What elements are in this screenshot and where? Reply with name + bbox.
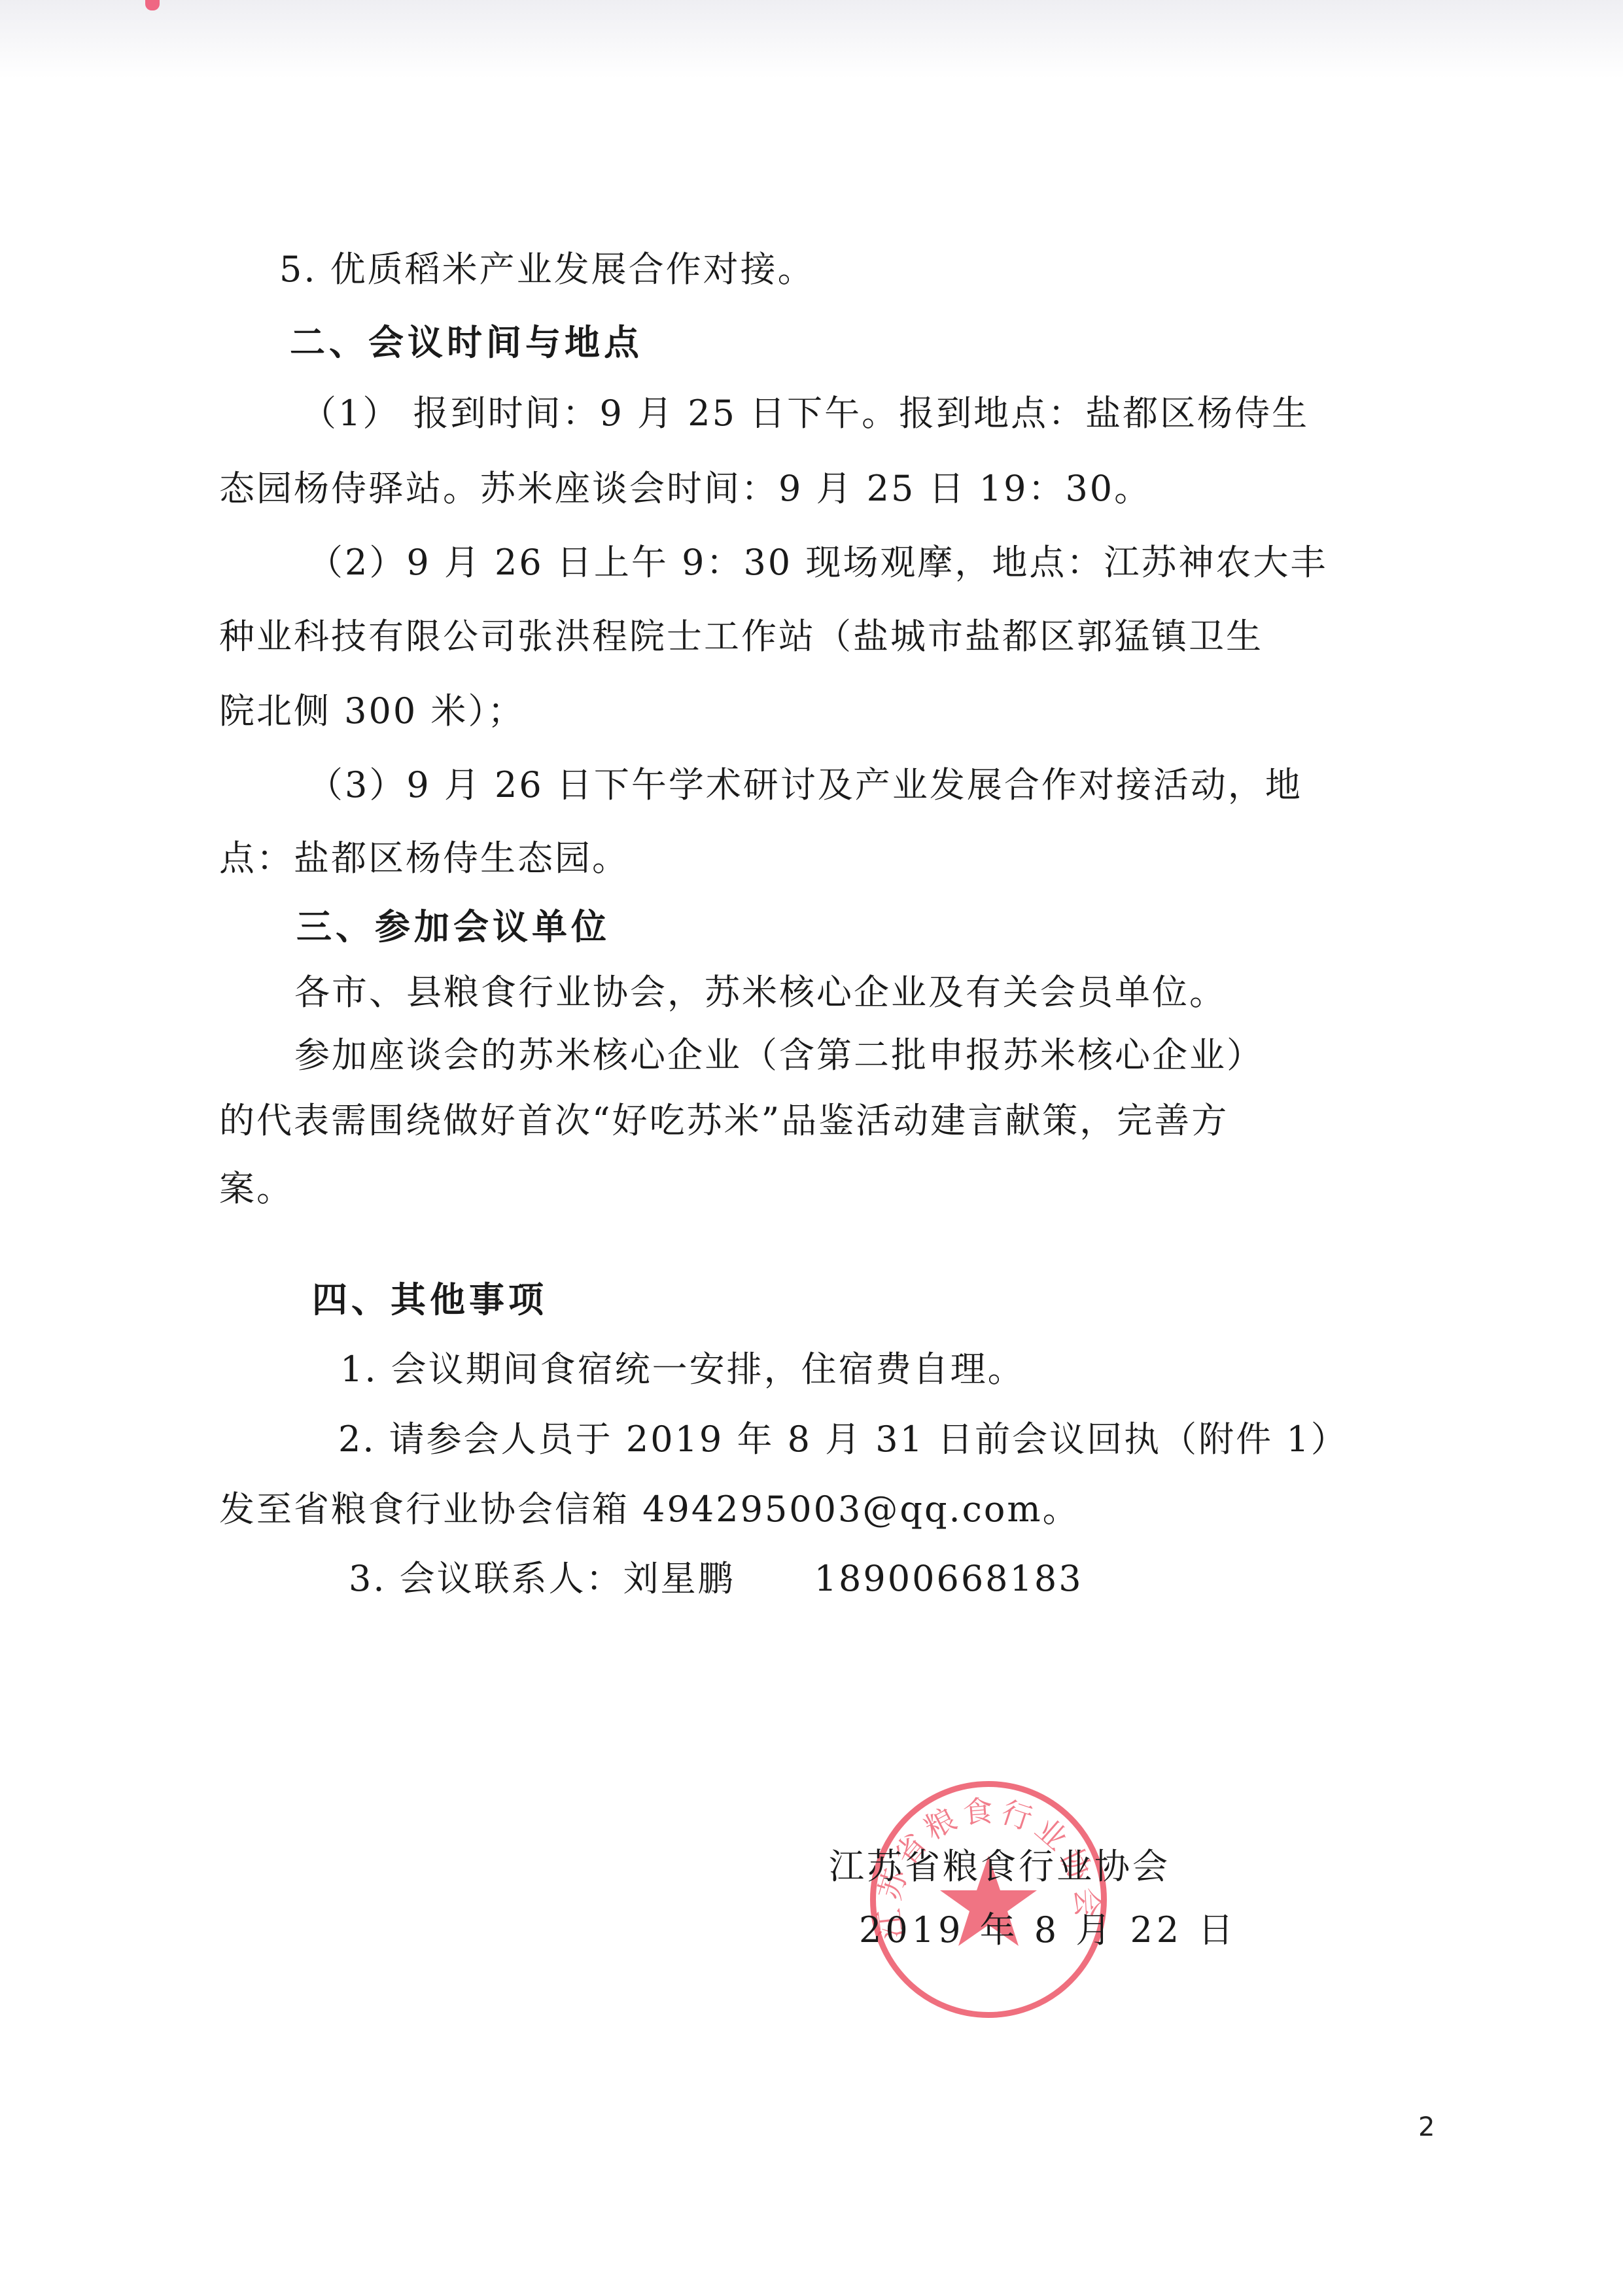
paragraph-line: 点：盐都区杨侍生态园。 [219, 838, 629, 879]
official-seal: 江苏省粮食行业协会 [870, 1781, 1107, 2018]
section-heading-2: 二、会议时间与地点 [290, 322, 643, 364]
signature-organization: 江苏省粮食行业协会 [829, 1846, 1170, 1888]
list-item-2: 2. 请参会人员于 2019 年 8 月 31 日前会议回执（附件 1） [338, 1419, 1348, 1460]
section-heading-3: 三、参加会议单位 [296, 906, 610, 948]
paragraph-line: 各市、县粮食行业协会，苏米核心企业及有关会员单位。 [294, 972, 1227, 1014]
paragraph-line: 发至省粮食行业协会信箱 494295003@qq.com。 [219, 1489, 1080, 1530]
paragraph-line: 态园杨侍驿站。苏米座谈会时间：9 月 25 日 19：30。 [219, 468, 1151, 510]
scan-shadow [0, 0, 1623, 79]
paragraph-line: （1） 报到时间：9 月 25 日下午。报到地点：盐都区杨侍生 [301, 393, 1309, 434]
paragraph-line: 的代表需围绕做好首次“好吃苏米”品鉴活动建言献策，完善方 [219, 1100, 1229, 1142]
paragraph-line: （3）9 月 26 日下午学术研讨及产业发展合作对接活动，地 [307, 764, 1302, 806]
list-item-1: 1. 会议期间食宿统一安排，住宿费自理。 [340, 1349, 1025, 1390]
seal-star-icon: 江苏省粮食行业协会 [876, 1787, 1101, 2012]
paragraph-line: 院北侧 300 米）； [219, 690, 525, 732]
paragraph-line: 案。 [219, 1168, 294, 1210]
page-number: 2 [1418, 2112, 1435, 2142]
paragraph-line: （2）9 月 26 日上午 9：30 现场观摩，地点：江苏神农大丰 [307, 542, 1327, 584]
paragraph-line: 种业科技有限公司张洪程院士工作站（盐城市盐都区郭猛镇卫生 [219, 616, 1263, 658]
signature-date: 2019 年 8 月 22 日 [859, 1909, 1237, 1951]
section-heading-4: 四、其他事项 [312, 1279, 548, 1321]
paragraph-line: 参加座谈会的苏米核心企业（含第二批申报苏米核心企业） [294, 1034, 1264, 1076]
list-item-3: 3. 会议联系人：刘星鹏 18900668183 [349, 1558, 1083, 1600]
list-item-5: 5. 优质稻米产业发展合作对接。 [279, 249, 815, 291]
